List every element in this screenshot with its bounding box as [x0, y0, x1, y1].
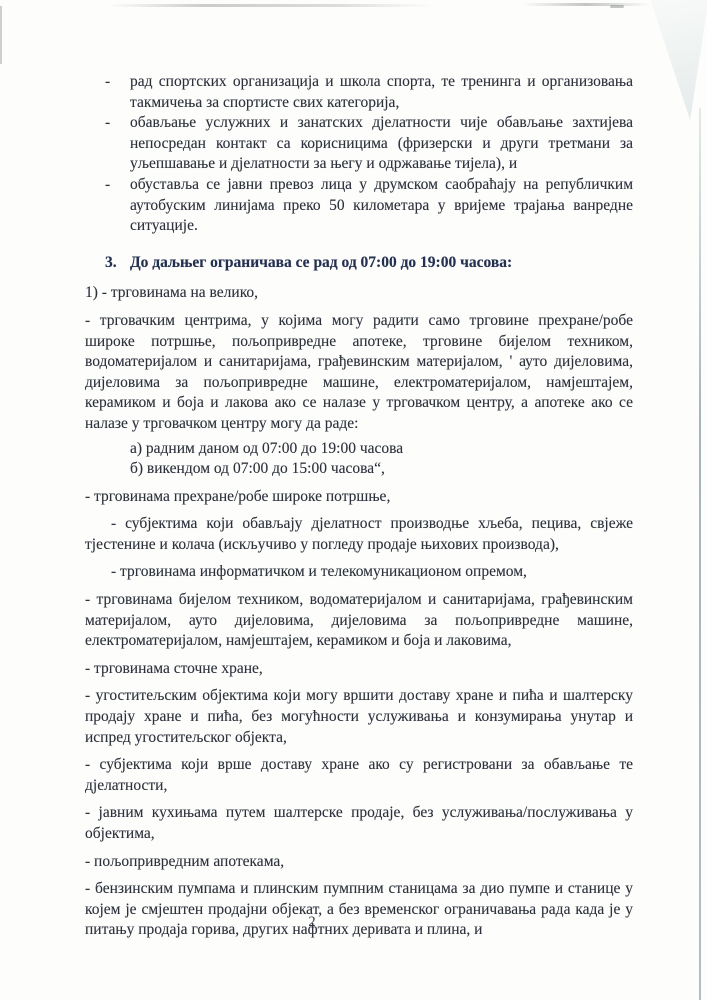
- list-item-text: рад спортских организација и школа спорт…: [130, 72, 633, 113]
- dash-bullet: -: [105, 175, 130, 237]
- sublist-item-weekend: б) викендом од 07:00 до 15:00 часова“,: [130, 459, 633, 480]
- scan-artifact-left-edge: [0, 6, 2, 64]
- list-item: - обуставља се јавни превоз лица у друмс…: [85, 175, 633, 237]
- scan-artifact-top-streak: [522, 3, 650, 6]
- section-heading: 3. До даљњег ограничава се рад од 07:00 …: [85, 253, 633, 274]
- paragraph-animal-feed-stores: - трговинама сточне хране,: [85, 659, 633, 680]
- section-number: 3.: [105, 253, 130, 274]
- list-item-text: обављање услужних и занатских дјелатност…: [130, 113, 633, 175]
- paragraph-food-stores: - трговинама прехране/робе широке потршњ…: [85, 487, 633, 508]
- list-item: - обављање услужних и занатских дјелатно…: [85, 113, 633, 175]
- working-hours-sublist: а) радним даном од 07:00 до 19:00 часова…: [85, 439, 633, 480]
- paragraph-wholesale: 1) - трговинама на велико,: [85, 283, 633, 304]
- paragraph-public-kitchens: - јавним кухињама путем шалтерске продај…: [85, 803, 633, 844]
- paragraph-it-stores: - трговинама информатичком и телекомуник…: [85, 562, 633, 583]
- scanned-document-page: - рад спортских организација и школа спо…: [0, 0, 707, 1000]
- sublist-item-weekdays: а) радним даном од 07:00 до 19:00 часова: [130, 439, 633, 460]
- scan-artifact-top-streak: [108, 4, 433, 7]
- dash-bullet: -: [105, 72, 130, 113]
- list-item-text: обуставља се јавни превоз лица у друмско…: [130, 175, 633, 237]
- scan-corner-fold: [642, 0, 707, 120]
- list-item: - рад спортских организација и школа спо…: [85, 72, 633, 113]
- document-content: - рад спортских организација и школа спо…: [85, 72, 633, 941]
- paragraph-bakeries: - субјектима који обављају дјелатност пр…: [85, 514, 633, 555]
- scan-page-edge-line: [699, 108, 701, 1000]
- paragraph-food-delivery: - субјектима који врше доставу хране ако…: [85, 755, 633, 796]
- paragraph-agricultural-pharmacies: - пољопривредним апотекама,: [85, 852, 633, 873]
- paragraph-shopping-centers: - трговачким центрима, у којима могу рад…: [85, 311, 633, 435]
- page-number: 2: [300, 914, 324, 931]
- dash-bullet: -: [105, 113, 130, 175]
- paragraph-appliance-stores: - трговинама бијелом техником, водоматер…: [85, 590, 633, 652]
- paragraph-gas-stations: - бензинским пумпама и плинским пумпним …: [85, 879, 633, 941]
- section-title: До даљњег ограничава се рад од 07:00 до …: [130, 253, 512, 274]
- restricted-activities-list: - рад спортских организација и школа спо…: [85, 72, 633, 237]
- scan-artifact-top-speck: [610, 5, 624, 8]
- paragraph-catering-facilities: - угоститељским објектима који могу врши…: [85, 686, 633, 748]
